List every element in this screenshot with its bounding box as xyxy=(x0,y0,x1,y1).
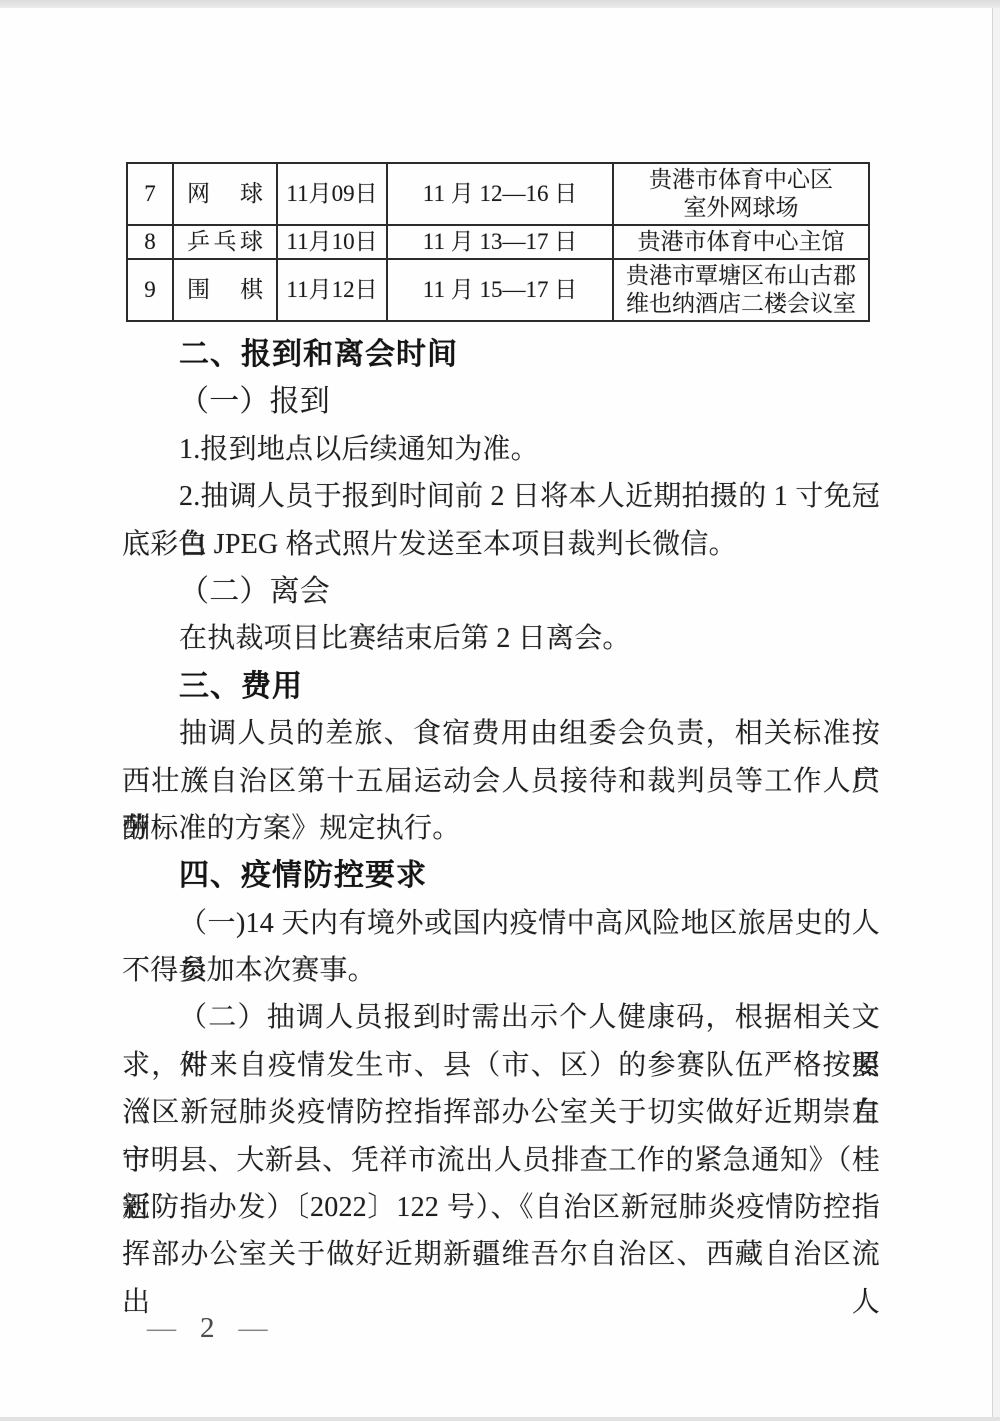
text-line: 底彩色 JPEG 格式照片发送至本项目裁判长微信。 xyxy=(122,521,880,568)
schedule-table: 7网 球11月09日11 月 12—16 日贵港市体育中心区室外网球场8乒乓球1… xyxy=(126,162,870,322)
row-number-cell: 7 xyxy=(127,163,173,225)
table-row: 8乒乓球11月10日11 月 13—17 日贵港市体育中心主馆 xyxy=(127,225,869,259)
text-line: 抽调人员的差旅、食宿费用由组委会负责，相关标准按《广 xyxy=(122,710,880,757)
text-line: （一）报到 xyxy=(122,378,880,425)
sport-cell: 围 棋 xyxy=(173,259,277,321)
scan-edge-right xyxy=(992,8,1000,1421)
report-date-cell: 11月12日 xyxy=(277,259,387,321)
text-line: 挥部办公室关于做好近期新疆维吾尔自治区、西藏自治区流出人 xyxy=(122,1231,880,1278)
venue-cell: 贵港市体育中心区室外网球场 xyxy=(613,163,869,225)
venue-cell: 贵港市覃塘区布山古郡维也纳酒店二楼会议室 xyxy=(613,259,869,321)
text-line: （一)14 天内有境外或国内疫情中高风险地区旅居史的人员 xyxy=(122,900,880,947)
text-line: 治区新冠肺炎疫情防控指挥部办公室关于切实做好近期崇左市 xyxy=(122,1089,880,1136)
table-row: 7网 球11月09日11 月 12—16 日贵港市体育中心区室外网球场 xyxy=(127,163,869,225)
scan-edge-bottom xyxy=(0,1417,1000,1421)
text-line: 劳标准的方案》规定执行。 xyxy=(122,805,880,852)
match-dates-cell: 11 月 15—17 日 xyxy=(387,259,613,321)
sport-cell: 网 球 xyxy=(173,163,277,225)
schedule-table-body: 7网 球11月09日11 月 12—16 日贵港市体育中心区室外网球场8乒乓球1… xyxy=(127,163,869,321)
report-date-cell: 11月10日 xyxy=(277,225,387,259)
text-line: 1.报到地点以后续通知为准。 xyxy=(122,426,880,473)
text-line: 冠防指办发）〔2022〕122 号）、《自治区新冠肺炎疫情防控指 xyxy=(122,1184,880,1231)
document-body: 二、报到和离会时间（一）报到1.报到地点以后续通知为准。2.抽调人员于报到时间前… xyxy=(122,331,880,1279)
text-line: （二）离会 xyxy=(122,568,880,615)
scan-edge-top xyxy=(0,0,1000,8)
text-line: （二）抽调人员报到时需出示个人健康码，根据相关文件要 xyxy=(122,994,880,1041)
page-number: 2 xyxy=(200,1312,215,1345)
table-row: 9围 棋11月12日11 月 15—17 日贵港市覃塘区布山古郡维也纳酒店二楼会… xyxy=(127,259,869,321)
page-footer: — 2 — xyxy=(147,1312,268,1345)
section-heading: 三、费用 xyxy=(122,663,880,710)
section-heading: 二、报到和离会时间 xyxy=(122,331,880,378)
match-dates-cell: 11 月 13—17 日 xyxy=(387,225,613,259)
text-line: 宁明县、大新县、凭祥市流出人员排查工作的紧急通知》（桂新 xyxy=(122,1137,880,1184)
footer-right-dash: — xyxy=(239,1312,268,1345)
sport-cell: 乒乓球 xyxy=(173,225,277,259)
text-line: 在执裁项目比赛结束后第 2 日离会。 xyxy=(122,615,880,662)
text-line: 西壮族自治区第十五届运动会人员接待和裁判员等工作人员酬 xyxy=(122,758,880,805)
section-heading: 四、疫情防控要求 xyxy=(122,852,880,899)
match-dates-cell: 11 月 12—16 日 xyxy=(387,163,613,225)
report-date-cell: 11月09日 xyxy=(277,163,387,225)
text-line: 2.抽调人员于报到时间前 2 日将本人近期拍摄的 1 寸免冠白 xyxy=(122,473,880,520)
venue-cell: 贵港市体育中心主馆 xyxy=(613,225,869,259)
row-number-cell: 8 xyxy=(127,225,173,259)
document-page: 7网 球11月09日11 月 12—16 日贵港市体育中心区室外网球场8乒乓球1… xyxy=(122,162,880,1279)
footer-left-dash: — xyxy=(147,1312,176,1345)
row-number-cell: 9 xyxy=(127,259,173,321)
text-line: 不得参加本次赛事。 xyxy=(122,947,880,994)
text-line: 求，对来自疫情发生市、县（市、区）的参赛队伍严格按照《自 xyxy=(122,1042,880,1089)
